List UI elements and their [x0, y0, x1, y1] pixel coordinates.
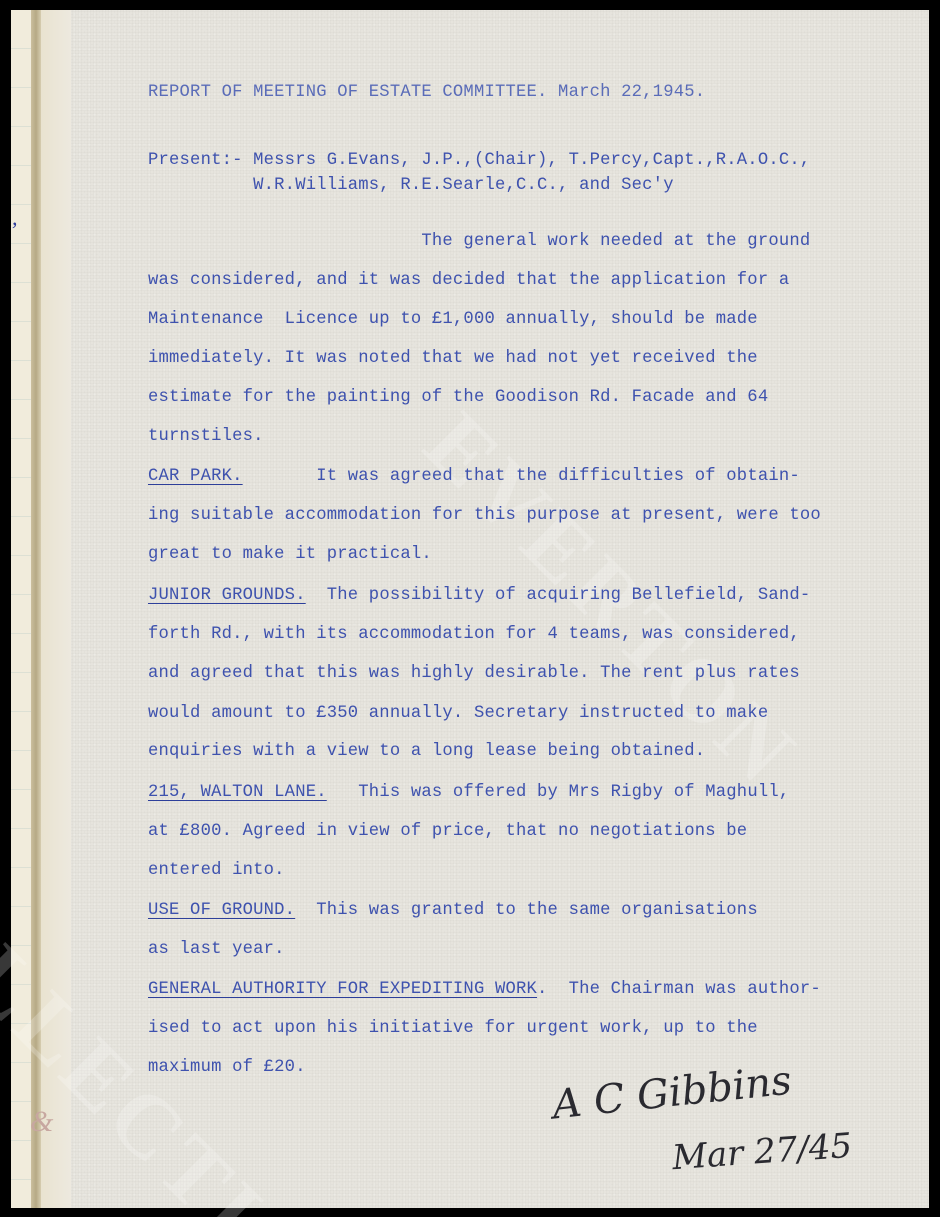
- section-general-authority: GENERAL AUTHORITY FOR EXPEDITING WORK. T…: [148, 980, 821, 999]
- section-text: This was granted to the same organisatio…: [295, 901, 758, 920]
- section-text: . The Chairman was author-: [537, 980, 821, 999]
- intro-line: The general work needed at the ground: [148, 232, 810, 251]
- section-text: This was offered by Mrs Rigby of Maghull…: [327, 783, 790, 802]
- section-line: maximum of £20.: [148, 1058, 306, 1077]
- section-line: ised to act upon his initiative for urge…: [148, 1019, 758, 1038]
- intro-line: immediately. It was noted that we had no…: [148, 349, 758, 368]
- section-line: ing suitable accommodation for this purp…: [148, 506, 821, 525]
- page-fold-edge: [31, 10, 41, 1208]
- margin-ink-mark: ,: [12, 205, 18, 231]
- section-line: enquiries with a view to a long lease be…: [148, 742, 705, 761]
- section-walton-lane: 215, WALTON LANE. This was offered by Mr…: [148, 783, 789, 802]
- section-line: would amount to £350 annually. Secretary…: [148, 704, 768, 723]
- section-line: and agreed that this was highly desirabl…: [148, 664, 800, 683]
- section-heading: 215, WALTON LANE.: [148, 783, 327, 802]
- section-text: It was agreed that the difficulties of o…: [243, 467, 800, 486]
- document-title: REPORT OF MEETING OF ESTATE COMMITTEE. M…: [148, 83, 705, 102]
- margin-pencil-mark: &: [30, 1105, 53, 1139]
- section-line: great to make it practical.: [148, 545, 432, 564]
- intro-line: Maintenance Licence up to £1,000 annuall…: [148, 310, 758, 329]
- section-text: The possibility of acquiring Bellefield,…: [306, 586, 811, 605]
- section-line: as last year.: [148, 940, 285, 959]
- section-line: entered into.: [148, 861, 285, 880]
- section-use-of-ground: USE OF GROUND. This was granted to the s…: [148, 901, 758, 920]
- section-heading: GENERAL AUTHORITY FOR EXPEDITING WORK: [148, 980, 537, 999]
- section-car-park: CAR PARK. It was agreed that the difficu…: [148, 467, 800, 486]
- intro-line: estimate for the painting of the Goodiso…: [148, 388, 768, 407]
- section-heading: CAR PARK.: [148, 467, 243, 486]
- section-heading: USE OF GROUND.: [148, 901, 295, 920]
- present-line-2: W.R.Williams, R.E.Searle,C.C., and Sec'y: [148, 176, 674, 195]
- section-line: forth Rd., with its accommodation for 4 …: [148, 625, 800, 644]
- intro-line: turnstiles.: [148, 427, 264, 446]
- page-fold-shadow: [41, 10, 71, 1208]
- present-line-1: Present:- Messrs G.Evans, J.P.,(Chair), …: [148, 151, 810, 170]
- intro-line: was considered, and it was decided that …: [148, 271, 789, 290]
- section-heading: JUNIOR GROUNDS.: [148, 586, 306, 605]
- section-line: at £800. Agreed in view of price, that n…: [148, 822, 747, 841]
- section-junior-grounds: JUNIOR GROUNDS. The possibility of acqui…: [148, 586, 810, 605]
